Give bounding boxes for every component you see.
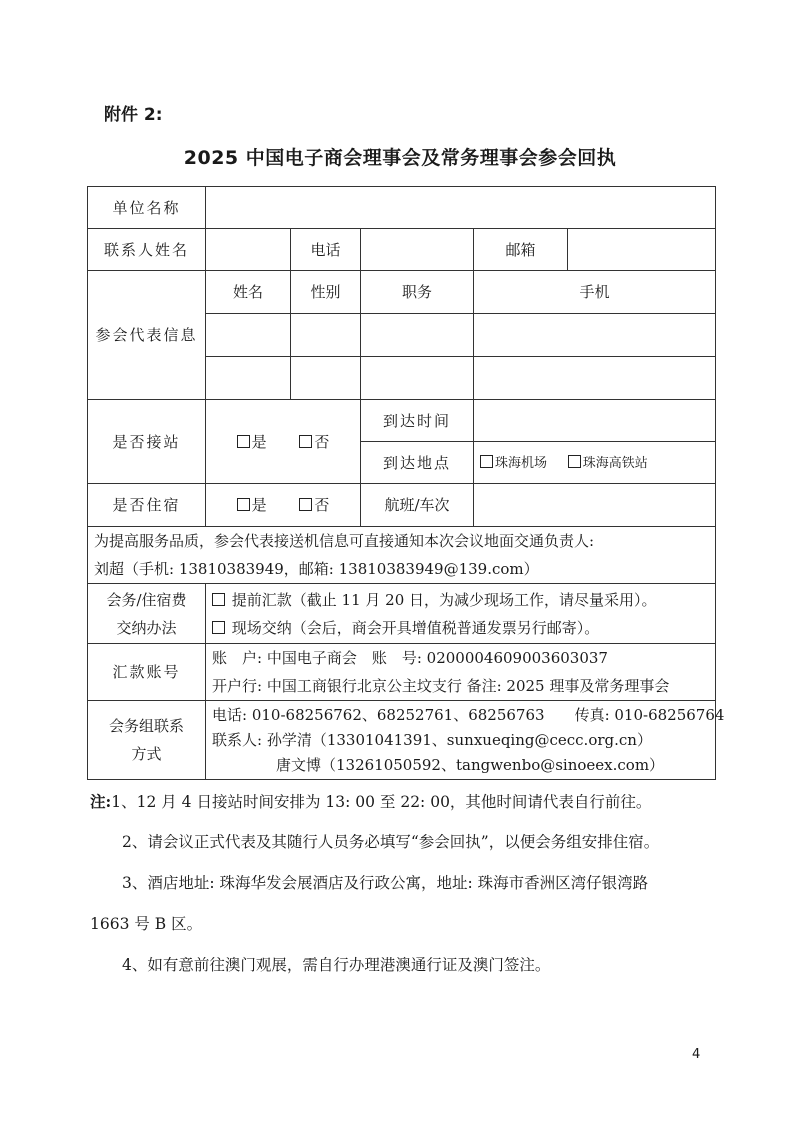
payment-label-line: 交纳办法 (94, 614, 199, 642)
registration-form-table: 单位名称 联系人姓名 电话 邮箱 参会代表信息 姓名 性别 职务 手机 是否接站… (87, 186, 716, 780)
contact-name-field[interactable] (206, 229, 291, 271)
arrival-time-field[interactable] (474, 400, 716, 442)
payment-row: 会务/住宿费 交纳办法 提前汇款（截止 11 月 20 日，为减少现场工作，请尽… (88, 584, 716, 644)
contact-info: 电话: 010-68256762、68252761、68256763 传真: 0… (206, 701, 716, 780)
delegate-name-field[interactable] (206, 314, 291, 357)
lodging-row: 是否住宿 是 否 航班/车次 (88, 484, 716, 527)
notes-heading: 注: (90, 792, 111, 811)
flight-label: 航班/车次 (361, 484, 474, 527)
checkbox-icon (299, 435, 312, 448)
delegate-position-field[interactable] (361, 357, 474, 400)
lodging-no-label: 否 (314, 496, 329, 514)
delegate-col-position: 职务 (361, 271, 474, 314)
airport-label: 珠海机场 (495, 456, 547, 471)
email-field[interactable] (568, 229, 716, 271)
lodging-yes-label: 是 (252, 496, 267, 514)
transport-notice-row: 为提高服务品质，参会代表接送机信息可直接通知本次会议地面交通负责人: 刘超（手机… (88, 527, 716, 584)
contact-label-line: 方式 (94, 740, 199, 768)
payment-options: 提前汇款（截止 11 月 20 日，为减少现场工作，请尽量采用）。 现场交纳（会… (206, 584, 716, 644)
pickup-no-label: 否 (314, 433, 329, 451)
delegate-info-label: 参会代表信息 (88, 271, 206, 400)
phone-field[interactable] (361, 229, 474, 271)
prepay-label: 提前汇款（截止 11 月 20 日，为减少现场工作，请尽量采用）。 (232, 591, 657, 609)
transport-notice: 为提高服务品质，参会代表接送机信息可直接通知本次会议地面交通负责人: 刘超（手机… (88, 527, 716, 584)
org-name-field[interactable] (206, 187, 716, 229)
airport-checkbox[interactable]: 珠海机场 (480, 455, 547, 472)
delegate-col-name: 姓名 (206, 271, 291, 314)
phone-label: 电话 (291, 229, 361, 271)
delegate-gender-field[interactable] (291, 314, 361, 357)
row-org-name: 单位名称 (88, 187, 716, 229)
checkbox-icon (480, 455, 493, 468)
delegate-gender-field[interactable] (291, 357, 361, 400)
note-item: 4、如有意前往澳门观展，需自行办理港澳通行证及澳门签注。 (122, 953, 550, 975)
note-item: 3、酒店地址: 珠海华发会展酒店及行政公寓，地址: 珠海市香洲区湾仔银湾路 (122, 871, 648, 893)
hsr-station-label: 珠海高铁站 (583, 456, 648, 471)
onsite-pay-option[interactable]: 现场交纳（会后，商会开具增值税普通发票另行邮寄）。 (212, 614, 709, 642)
page-number: 4 (692, 1047, 700, 1062)
contact-name-label: 联系人姓名 (88, 229, 206, 271)
delegate-mobile-field[interactable] (474, 357, 716, 400)
onsite-pay-label: 现场交纳（会后，商会开具增值税普通发票另行邮寄）。 (232, 619, 600, 637)
checkbox-icon (299, 498, 312, 511)
note-item: 2、请会议正式代表及其随行人员务必填写“参会回执”，以便会务组安排住宿。 (122, 830, 659, 852)
row-contact: 联系人姓名 电话 邮箱 (88, 229, 716, 271)
checkbox-icon (568, 455, 581, 468)
org-name-label: 单位名称 (88, 187, 206, 229)
contact-label-line: 会务组联系 (94, 712, 199, 740)
hsr-station-checkbox[interactable]: 珠海高铁站 (568, 455, 648, 472)
checkbox-icon (237, 435, 250, 448)
delegate-col-mobile: 手机 (474, 271, 716, 314)
note-item: 1、12 月 4 日接站时间安排为 13: 00 至 22: 00，其他时间请代… (111, 793, 651, 811)
contact-person-line: 唐文博（13261050592、tangwenbo@sinoeex.com） (212, 753, 709, 778)
transport-notice-line: 为提高服务品质，参会代表接送机信息可直接通知本次会议地面交通负责人: (94, 527, 709, 555)
pickup-label: 是否接站 (88, 400, 206, 484)
checkbox-icon (212, 621, 225, 634)
delegate-mobile-field[interactable] (474, 314, 716, 357)
checkbox-icon (212, 593, 225, 606)
lodging-options: 是 否 (206, 484, 361, 527)
delegate-col-gender: 性别 (291, 271, 361, 314)
note-item: 1663 号 B 区。 (90, 912, 202, 934)
prepay-option[interactable]: 提前汇款（截止 11 月 20 日，为减少现场工作，请尽量采用）。 (212, 586, 709, 614)
email-label: 邮箱 (474, 229, 568, 271)
contact-info-row: 会务组联系 方式 电话: 010-68256762、68252761、68256… (88, 701, 716, 780)
lodging-label: 是否住宿 (88, 484, 206, 527)
account-row: 汇款账号 账 户: 中国电子商会 账 号: 020000460900360303… (88, 644, 716, 701)
contact-method-label: 会务组联系 方式 (88, 701, 206, 780)
account-info: 账 户: 中国电子商会 账 号: 0200004609003603037 开户行… (206, 644, 716, 701)
arrival-place-options: 珠海机场 珠海高铁站 (474, 442, 716, 484)
bank-line: 开户行: 中国工商银行北京公主坟支行 备注: 2025 理事及常务理事会 (212, 672, 709, 700)
payment-label-line: 会务/住宿费 (94, 586, 199, 614)
payment-method-label: 会务/住宿费 交纳办法 (88, 584, 206, 644)
account-name-line: 账 户: 中国电子商会 账 号: 0200004609003603037 (212, 644, 709, 672)
document-title: 2025 中国电子商会理事会及常务理事会参会回执 (0, 143, 800, 170)
delegate-name-field[interactable] (206, 357, 291, 400)
contact-phone-line: 电话: 010-68256762、68252761、68256763 传真: 0… (212, 703, 709, 728)
lodging-yes-checkbox[interactable]: 是 (237, 496, 267, 514)
pickup-yes-label: 是 (252, 433, 267, 451)
attachment-label: 附件 2: (104, 100, 163, 125)
pickup-row-1: 是否接站 是 否 到达时间 (88, 400, 716, 442)
account-label: 汇款账号 (88, 644, 206, 701)
pickup-no-checkbox[interactable]: 否 (299, 433, 329, 451)
contact-person-line: 联系人: 孙学清（13301041391、sunxueqing@cecc.org… (212, 728, 709, 753)
checkbox-icon (237, 498, 250, 511)
transport-contact-line: 刘超（手机: 13810383949，邮箱: 13810383949@139.c… (94, 555, 709, 583)
flight-field[interactable] (474, 484, 716, 527)
arrival-time-label: 到达时间 (361, 400, 474, 442)
delegate-header-row: 参会代表信息 姓名 性别 职务 手机 (88, 271, 716, 314)
pickup-options: 是 否 (206, 400, 361, 484)
arrival-place-label: 到达地点 (361, 442, 474, 484)
delegate-position-field[interactable] (361, 314, 474, 357)
pickup-yes-checkbox[interactable]: 是 (237, 433, 267, 451)
lodging-no-checkbox[interactable]: 否 (299, 496, 329, 514)
